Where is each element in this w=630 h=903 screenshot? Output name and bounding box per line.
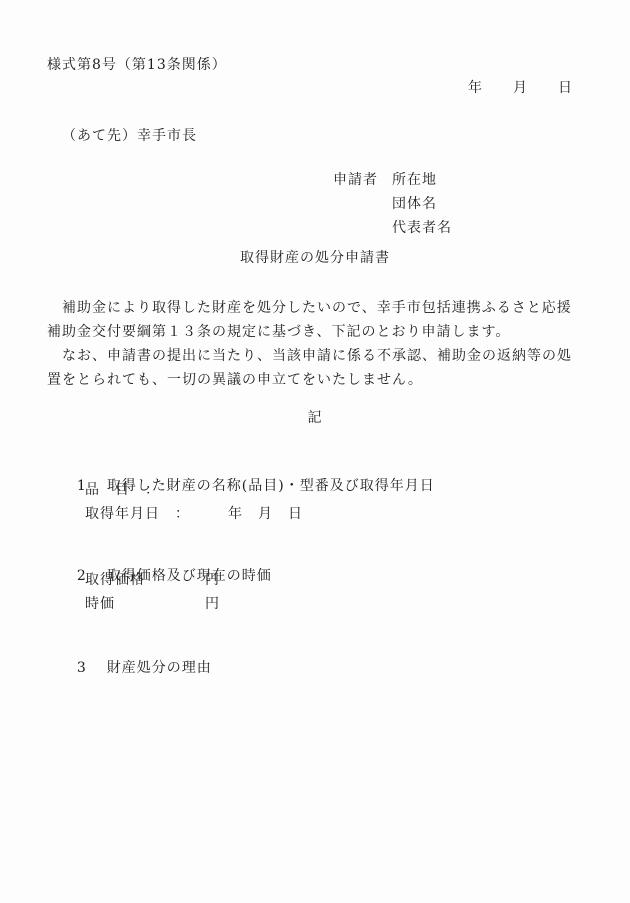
body-line: 置をとられても、一切の異議の申立てをいたしません。 — [47, 368, 587, 392]
addressee: （あて先）幸手市長 — [62, 126, 197, 146]
item-1-item-name-line: 品 目 ： — [85, 480, 160, 500]
document-page: 様式第8号（第13条関係） 年 月 日 （あて先）幸手市長 申請者 所在地 団体… — [0, 0, 630, 903]
item-1-acquired-date-line: 取得年月日 ： 年 月 日 — [85, 504, 303, 524]
body-line: なお、申請書の提出に当たり、当該申請に係る不承認、補助金の返納等の処 — [47, 344, 587, 368]
item-3-number: 3 — [77, 658, 107, 678]
document-title: 取得財産の処分申請書 — [0, 248, 630, 268]
body-line: 補助金により取得した財産を処分したいので、幸手市包括連携ふるさと応援 — [47, 296, 587, 320]
applicant-fields: 所在地 団体名 代表者名 — [392, 168, 452, 240]
item-3-heading-text: 財産処分の理由 — [107, 660, 212, 676]
applicant-org-name-label: 団体名 — [392, 192, 452, 216]
record-marker: 記 — [0, 408, 630, 428]
item-2-acquisition-price-line: 取得価格 円 — [85, 570, 220, 590]
applicant-label: 申請者 — [333, 168, 378, 192]
body-paragraphs: 補助金により取得した財産を処分したいので、幸手市包括連携ふるさと応援 補助金交付… — [47, 296, 587, 392]
applicant-block: 申請者 所在地 団体名 代表者名 — [333, 168, 452, 240]
applicant-address-label: 所在地 — [392, 168, 452, 192]
date-line: 年 月 日 — [468, 78, 573, 98]
item-3-heading: 3財産処分の理由 — [55, 638, 212, 698]
applicant-rep-name-label: 代表者名 — [392, 216, 452, 240]
form-number: 様式第8号（第13条関係） — [47, 55, 227, 75]
item-2-current-value-line: 時価 円 — [85, 594, 220, 614]
body-line: 補助金交付要綱第１３条の規定に基づき、下記のとおり申請します。 — [47, 320, 587, 344]
